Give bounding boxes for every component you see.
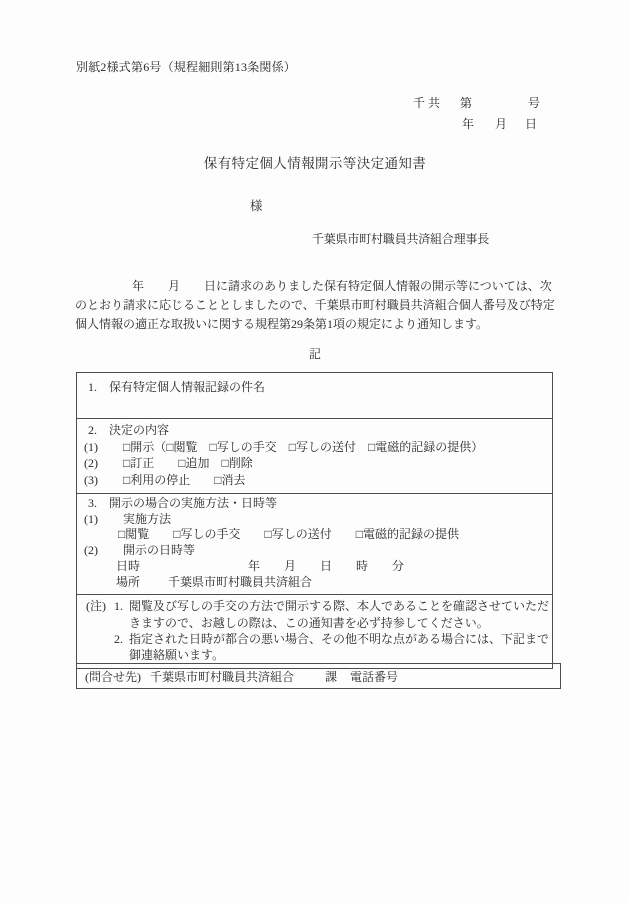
item-number: (2) — [84, 543, 123, 559]
note-text: 指定された日時が都合の悪い場合、その他不明な点がある場合には、下記まで御連絡願い… — [129, 631, 550, 664]
note-item: 1. 閲覧及び写しの手交の方法で開示する際、本人であることを確認させていただきま… — [114, 598, 550, 631]
doc-number-dai: 第 — [460, 96, 472, 110]
doc-number-prefix: 千 共 — [413, 96, 440, 110]
document-title: 保有特定個人情報開示等決定通知書 — [0, 152, 630, 172]
contact-label: (問合せ先) — [85, 668, 141, 685]
datetime-blank: 年 月 日 時 分 — [248, 559, 404, 573]
note-text: 閲覧及び写しの手交の方法で開示する際、本人であることを確認させていただきますので… — [129, 598, 550, 631]
decision-item: (1) □開示（□閲覧 □写しの手交 □写しの送付 □電磁的記録の提供） — [84, 439, 546, 456]
item-number: (3) — [84, 472, 123, 489]
decision-item: (3) □利用の停止 □消去 — [84, 472, 546, 489]
contact-box: (問合せ先) 千葉県市町村職員共済組合 課 電話番号 — [76, 663, 561, 689]
form-id-line: 別紙2様式第6号（規程細則第13条関係） — [76, 58, 296, 75]
doc-number-go: 号 — [528, 96, 540, 110]
method-item: (1) 実施方法 — [84, 512, 546, 528]
disclosure-datetime-label: 開示の日時等 — [123, 543, 195, 559]
method-options: □閲覧 □写しの手交 □写しの送付 □電磁的記録の提供 — [84, 527, 546, 543]
place-label: 場所 — [116, 575, 140, 589]
body-paragraph: 年 月 日に請求のありました保有特定個人情報の開示等については、次 のとおり請求… — [75, 277, 561, 334]
date-blank-line: 年月日 — [462, 115, 537, 132]
date-year-label: 年 — [462, 117, 474, 131]
decision-option-suspension: □利用の停止 □消去 — [123, 472, 246, 489]
section-method-heading: 3. 開示の場合の実施方法・日時等 — [84, 496, 546, 512]
item-number: (1) — [84, 512, 123, 528]
decision-option-correction: □訂正 □追加 □削除 — [123, 455, 253, 472]
section-decision-row: 2. 決定の内容 (1) □開示（□閲覧 □写しの手交 □写しの送付 □電磁的記… — [77, 418, 552, 493]
body-line: のとおり請求に応じることとしましたので、千葉県市町村職員共済組合個人番号及び特定 — [75, 296, 561, 315]
section-subject-row: 1. 保有特定個人情報記録の件名 — [77, 373, 552, 418]
place-line: 場所千葉県市町村職員共済組合 — [84, 575, 546, 591]
addressee-honorific: 様 — [250, 196, 263, 214]
note-item: 2. 指定された日時が都合の悪い場合、その他不明な点がある場合には、下記まで御連… — [114, 631, 550, 664]
place-value: 千葉県市町村職員共済組合 — [168, 575, 312, 589]
document-page: 別紙2様式第6号（規程細則第13条関係） 千 共第号 年月日 保有特定個人情報開… — [0, 0, 630, 903]
issuer-name: 千葉県市町村職員共済組合理事長 — [312, 230, 489, 247]
date-day-label: 日 — [525, 117, 537, 131]
notes-row: (注) 1. 閲覧及び写しの手交の方法で開示する際、本人であることを確認させてい… — [77, 594, 552, 668]
note-number: 1. — [114, 598, 129, 631]
date-month-label: 月 — [495, 117, 507, 131]
phone-label: 電話番号 — [350, 668, 398, 685]
doc-number-line: 千 共第号 — [413, 94, 540, 111]
body-line: 年 月 日に請求のありました保有特定個人情報の開示等については、次 — [75, 277, 561, 296]
decision-option-disclosure: □開示（□閲覧 □写しの手交 □写しの送付 □電磁的記録の提供） — [123, 439, 483, 456]
note-number: 2. — [114, 631, 129, 664]
method-label: 実施方法 — [123, 512, 171, 528]
body-line: 個人情報の適正な取扱いに関する規程第29条第1項の規定により通知します。 — [75, 315, 561, 334]
disclosure-datetime-item: (2) 開示の日時等 — [84, 543, 546, 559]
datetime-label: 日時 — [116, 559, 140, 573]
datetime-line: 日時年 月 日 時 分 — [84, 559, 546, 575]
decision-item: (2) □訂正 □追加 □削除 — [84, 455, 546, 472]
note-label: (注) — [86, 598, 114, 663]
section-decision-heading: 2. 決定の内容 — [84, 422, 546, 439]
record-marker: 記 — [0, 345, 630, 362]
item-number: (1) — [84, 439, 123, 456]
organization-name: 千葉県市町村職員共済組合 — [150, 668, 294, 685]
decision-table: 1. 保有特定個人情報記録の件名 2. 決定の内容 (1) □開示（□閲覧 □写… — [76, 372, 553, 669]
section-method-row: 3. 開示の場合の実施方法・日時等 (1) 実施方法 □閲覧 □写しの手交 □写… — [77, 493, 552, 594]
note-items: 1. 閲覧及び写しの手交の方法で開示する際、本人であることを確認させていただきま… — [114, 598, 550, 663]
section-subject-heading: 1. 保有特定個人情報記録の件名 — [88, 378, 544, 395]
item-number: (2) — [84, 455, 123, 472]
department-blank-label: 課 — [325, 668, 337, 685]
